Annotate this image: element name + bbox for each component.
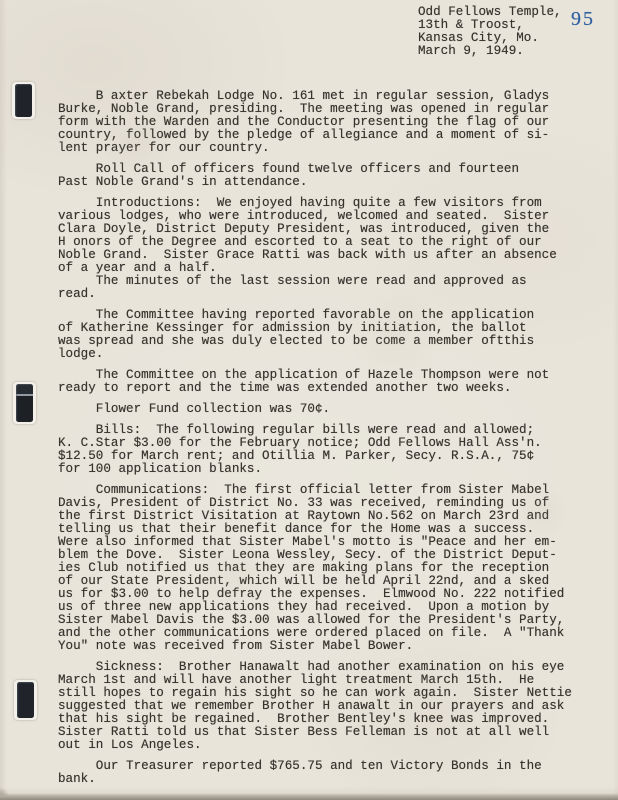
paragraph-committee-thompson: The Committee on the application of Haze… [58,369,574,395]
paragraph-opening-session: B axter Rebekah Lodge No. 161 met in reg… [58,90,574,155]
fastener-icon [15,84,32,117]
scanned-document-page: 95 Odd Fellows Temple, 13th & Troost, Ka… [0,0,618,800]
fastener-icon [17,682,34,718]
paragraph-introductions: Introductions: We enjoyed having quite a… [58,197,574,301]
letterhead-address-date: Odd Fellows Temple, 13th & Troost, Kansa… [418,6,562,58]
minutes-body: B axter Rebekah Lodge No. 161 met in reg… [58,90,574,786]
binding-fastener-middle [13,382,36,424]
fastener-icon [16,384,33,422]
binding-fastener-top [12,82,35,119]
paragraph-communications: Communications: The first official lette… [58,484,574,653]
paragraph-flower-fund: Flower Fund collection was 70¢. [58,403,574,416]
paragraph-committee-kessinger: The Committee having reported favorable … [58,309,574,361]
page-bottom-edge [0,793,618,800]
paragraph-sickness: Sickness: Brother Hanawalt had another e… [58,661,574,752]
paragraph-roll-call: Roll Call of officers found twelve offic… [58,163,574,189]
paragraph-bills: Bills: The following regular bills were … [58,424,574,476]
paragraph-treasurer-report: Our Treasurer reported $765.75 and ten V… [58,760,574,786]
binding-fastener-bottom [14,680,37,720]
page-number-stamp: 95 [571,7,595,31]
